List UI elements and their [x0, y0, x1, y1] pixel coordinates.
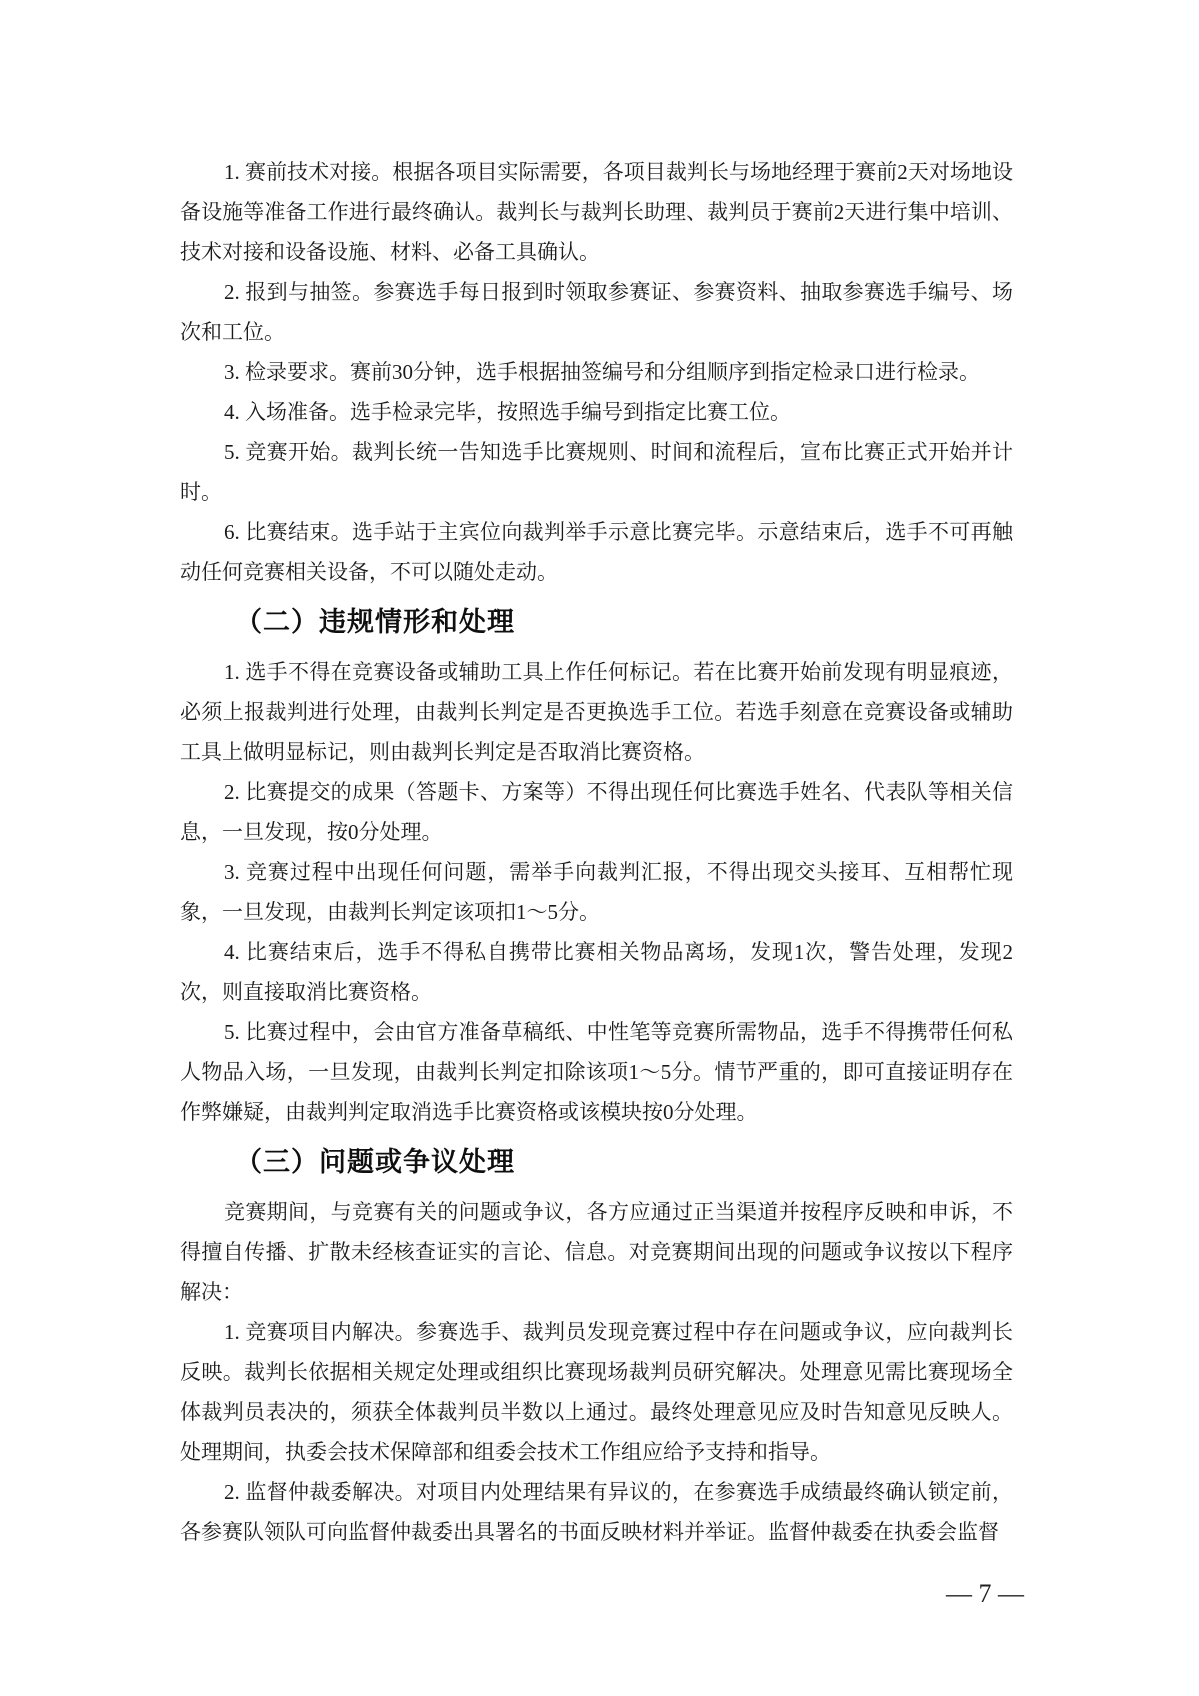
violation-rule-2: 2. 比赛提交的成果（答题卡、方案等）不得出现任何比赛选手姓名、代表队等相关信息… — [180, 772, 1013, 852]
violation-rule-5: 5. 比赛过程中，会由官方准备草稿纸、中性笔等竞赛所需物品，选手不得携带任何私人… — [180, 1012, 1013, 1132]
violation-rule-4: 4. 比赛结束后，选手不得私自携带比赛相关物品离场，发现1次，警告处理，发现2次… — [180, 932, 1013, 1012]
document-page: 1. 赛前技术对接。根据各项目实际需要，各项目裁判长与场地经理于赛前2天对场地设… — [0, 0, 1199, 1696]
procedure-step-4: 4. 入场准备。选手检录完毕，按照选手编号到指定比赛工位。 — [180, 392, 1013, 432]
violation-rule-1: 1. 选手不得在竞赛设备或辅助工具上作任何标记。若在比赛开始前发现有明显痕迹，必… — [180, 652, 1013, 772]
section-heading-violations: （二）违规情形和处理 — [180, 592, 1013, 652]
procedure-step-5: 5. 竞赛开始。裁判长统一告知选手比赛规则、时间和流程后，宣布比赛正式开始并计时… — [180, 432, 1013, 512]
procedure-step-2: 2. 报到与抽签。参赛选手每日报到时领取参赛证、参赛资料、抽取参赛选手编号、场次… — [180, 272, 1013, 352]
section-heading-disputes: （三）问题或争议处理 — [180, 1132, 1013, 1192]
procedure-step-6: 6. 比赛结束。选手站于主宾位向裁判举手示意比赛完毕。示意结束后，选手不可再触动… — [180, 512, 1013, 592]
procedure-step-3: 3. 检录要求。赛前30分钟，选手根据抽签编号和分组顺序到指定检录口进行检录。 — [180, 352, 1013, 392]
dispute-step-2: 2. 监督仲裁委解决。对项目内处理结果有异议的，在参赛选手成绩最终确认锁定前，各… — [180, 1472, 1013, 1552]
disputes-intro: 竞赛期间，与竞赛有关的问题或争议，各方应通过正当渠道并按程序反映和申诉，不得擅自… — [180, 1192, 1013, 1312]
dispute-step-1: 1. 竞赛项目内解决。参赛选手、裁判员发现竞赛过程中存在问题或争议，应向裁判长反… — [180, 1312, 1013, 1472]
procedure-step-1: 1. 赛前技术对接。根据各项目实际需要，各项目裁判长与场地经理于赛前2天对场地设… — [180, 152, 1013, 272]
page-number: — 7 — — [935, 1577, 1035, 1611]
violation-rule-3: 3. 竞赛过程中出现任何问题，需举手向裁判汇报，不得出现交头接耳、互相帮忙现象，… — [180, 852, 1013, 932]
page-body: 1. 赛前技术对接。根据各项目实际需要，各项目裁判长与场地经理于赛前2天对场地设… — [180, 152, 1013, 1552]
